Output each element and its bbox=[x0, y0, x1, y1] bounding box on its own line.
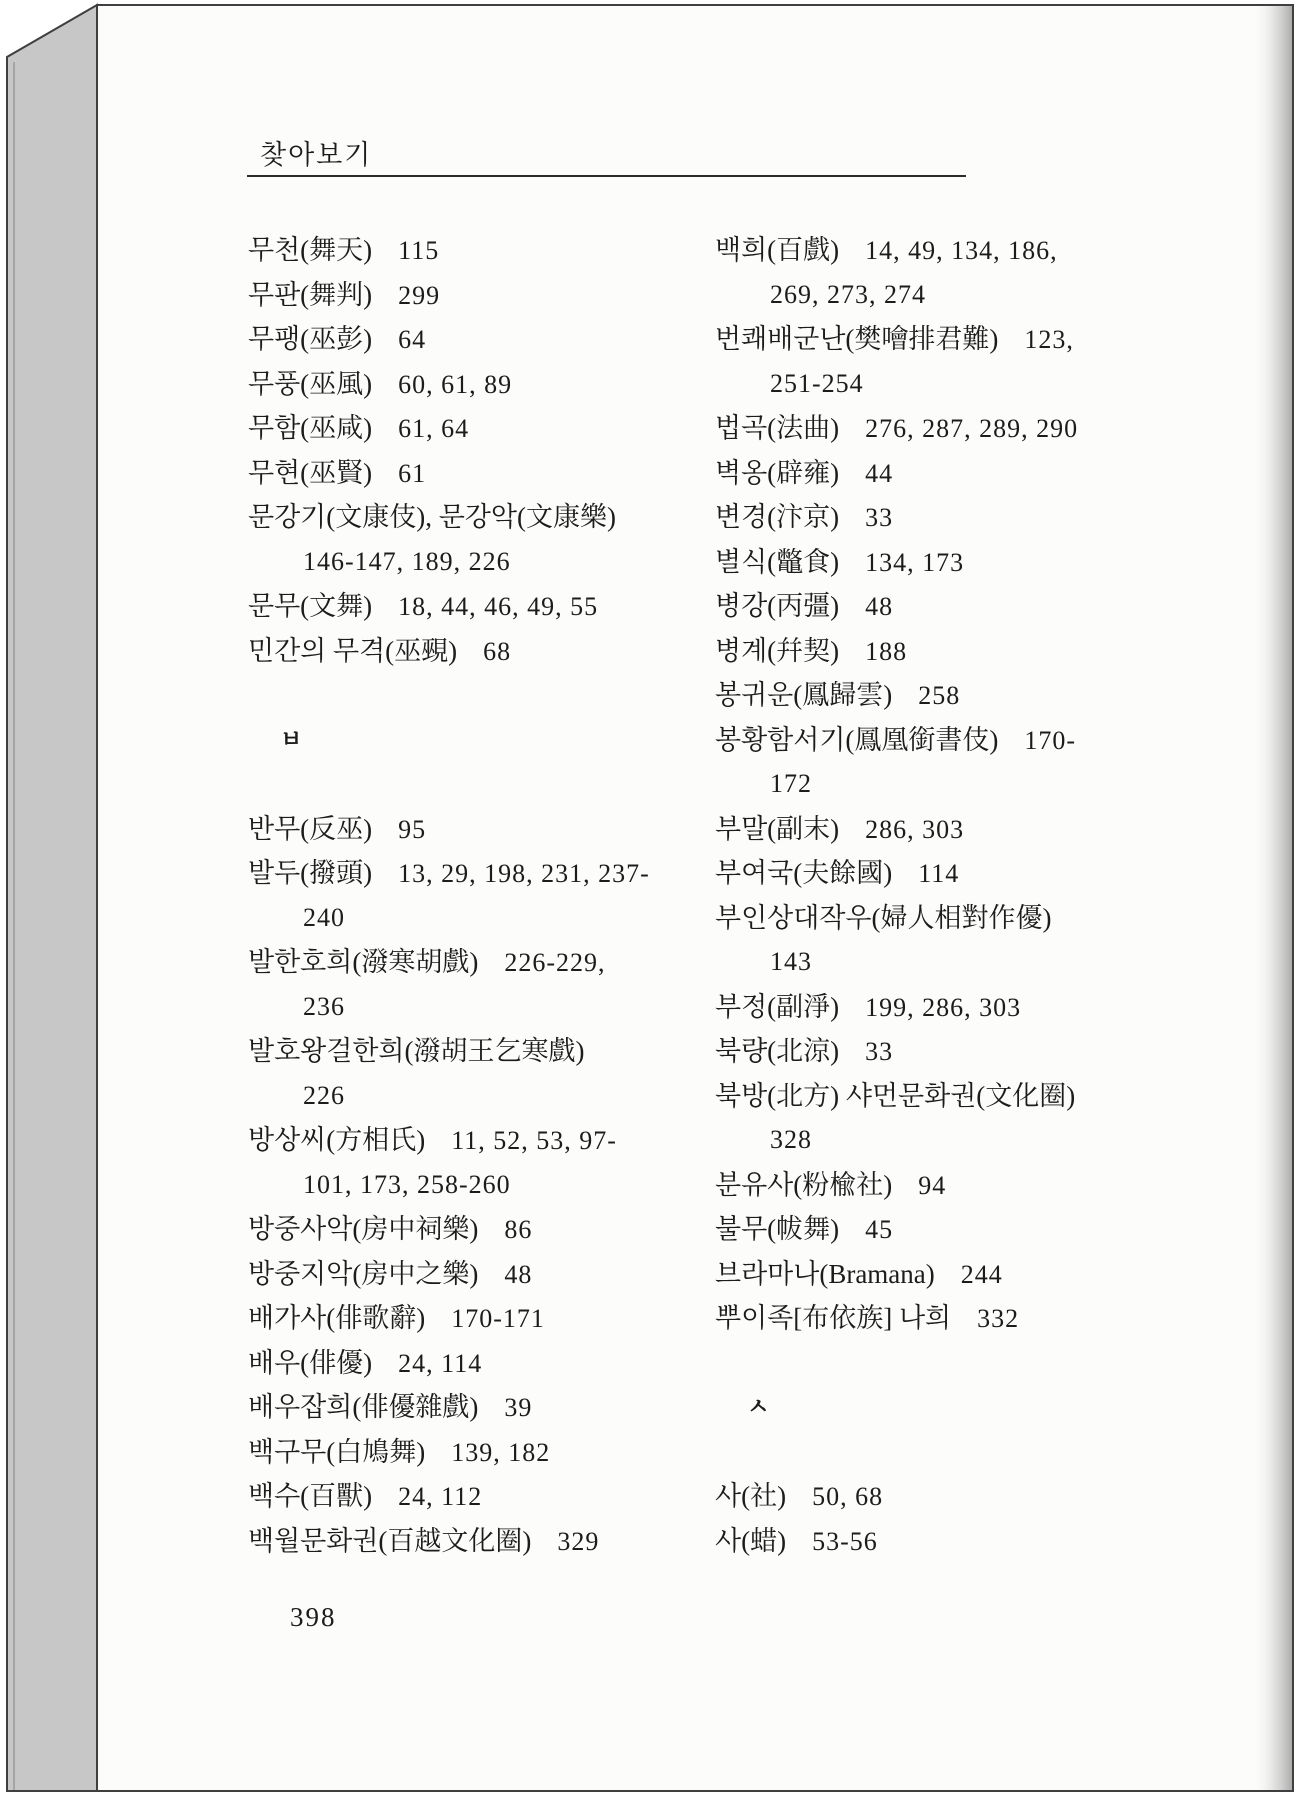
index-continuation-line: 236 bbox=[248, 985, 713, 1030]
entry-page-numbers: 53-56 bbox=[812, 1527, 878, 1556]
index-continuation-line: 172 bbox=[715, 762, 1165, 807]
index-entry-line: 브라마나(Bramana)244 bbox=[715, 1252, 1165, 1297]
index-entry-line: 별식(鼈食)134, 173 bbox=[715, 540, 1165, 585]
entry-page-numbers: 286, 303 bbox=[865, 815, 964, 844]
index-entry-line: 불무(帗舞)45 bbox=[715, 1207, 1165, 1252]
index-entry-line: 민간의 무격(巫覡)68 bbox=[248, 629, 713, 674]
index-section-letter: ㅂ bbox=[248, 718, 713, 763]
entry-term: 무천(舞天) bbox=[248, 235, 372, 265]
entry-term: 변경(汴京) bbox=[715, 502, 839, 532]
page-number: 398 bbox=[290, 1602, 337, 1633]
entry-term: 봉귀운(鳳歸雲) bbox=[715, 680, 892, 710]
entry-term: 병강(丙彊) bbox=[715, 591, 839, 621]
index-entry-line: 북량(北涼)33 bbox=[715, 1029, 1165, 1074]
entry-term: 브라마나(Bramana) bbox=[715, 1259, 935, 1289]
index-continuation-line: 240 bbox=[248, 896, 713, 941]
index-entry-line: 변경(汴京)33 bbox=[715, 495, 1165, 540]
index-entry-line: 배우(俳優)24, 114 bbox=[248, 1341, 713, 1386]
entry-term: 별식(鼈食) bbox=[715, 547, 839, 577]
entry-page-numbers: 269, 273, 274 bbox=[770, 280, 926, 309]
entry-term: 뿌이족[布依族] 나희 bbox=[715, 1303, 951, 1333]
entry-page-numbers: 114 bbox=[918, 859, 959, 888]
entry-page-numbers: 188 bbox=[865, 637, 907, 666]
index-entry-line: 배가사(俳歌辭)170-171 bbox=[248, 1296, 713, 1341]
index-entry-line: 부인상대작우(婦人相對作優) bbox=[715, 896, 1165, 941]
entry-page-numbers: 44 bbox=[865, 459, 893, 488]
entry-term: 발두(撥頭) bbox=[248, 858, 372, 888]
entry-page-numbers: 134, 173 bbox=[865, 548, 964, 577]
entry-term: 무함(巫咸) bbox=[248, 413, 372, 443]
entry-page-numbers: 33 bbox=[865, 503, 893, 532]
entry-page-numbers: 14, 49, 134, 186, bbox=[865, 236, 1058, 265]
index-continuation-line: 269, 273, 274 bbox=[715, 273, 1165, 318]
entry-page-numbers: 332 bbox=[977, 1304, 1019, 1333]
entry-term: 북방(北方) 샤먼문화권(文化圈) bbox=[715, 1081, 1075, 1111]
index-page: 찾아보기 무천(舞天)115무판(舞判)299무팽(巫彭)64무풍(巫風)60,… bbox=[0, 0, 1296, 1806]
entry-page-numbers: 244 bbox=[961, 1260, 1003, 1289]
index-entry-line: 부여국(夫餘國)114 bbox=[715, 851, 1165, 896]
entry-term: 부말(副末) bbox=[715, 814, 839, 844]
entry-page-numbers: 258 bbox=[918, 681, 960, 710]
entry-page-numbers: 226 bbox=[303, 1081, 345, 1110]
index-entry-line: 북방(北方) 샤먼문화권(文化圈) bbox=[715, 1074, 1165, 1119]
entry-page-numbers: 276, 287, 289, 290 bbox=[865, 414, 1078, 443]
entry-term: 백수(百獸) bbox=[248, 1481, 372, 1511]
index-entry-line: 방중지악(房中之樂)48 bbox=[248, 1252, 713, 1297]
index-entry-line: 부정(副淨)199, 286, 303 bbox=[715, 985, 1165, 1030]
index-entry-line: 반무(反巫)95 bbox=[248, 807, 713, 852]
index-entry-line: 무판(舞判)299 bbox=[248, 273, 713, 318]
index-continuation-line: 143 bbox=[715, 940, 1165, 985]
entry-page-numbers: 170- bbox=[1024, 726, 1076, 755]
index-entry-line: 백월문화권(百越文化圈)329 bbox=[248, 1519, 713, 1564]
entry-term: 무현(巫賢) bbox=[248, 458, 372, 488]
entry-page-numbers: 48 bbox=[504, 1260, 532, 1289]
entry-page-numbers: 226-229, bbox=[504, 948, 605, 977]
book-scan: { "page": { "header": "찾아보기", "page_numb… bbox=[0, 0, 1296, 1806]
index-section-letter: ㅅ bbox=[715, 1385, 1165, 1430]
index-entry-line: 봉황함서기(鳳凰銜書伎)170- bbox=[715, 718, 1165, 763]
index-entry-line: 방상씨(方相氏)11, 52, 53, 97- bbox=[248, 1118, 713, 1163]
entry-term: 방중지악(房中之樂) bbox=[248, 1259, 478, 1289]
entry-term: 배우잡희(俳優雜戲) bbox=[248, 1392, 478, 1422]
entry-term: 발한호희(潑寒胡戲) bbox=[248, 947, 478, 977]
entry-page-numbers: 94 bbox=[918, 1171, 946, 1200]
entry-term: 무팽(巫彭) bbox=[248, 324, 372, 354]
entry-term: 무풍(巫風) bbox=[248, 369, 372, 399]
index-entry-line: 병강(丙彊)48 bbox=[715, 584, 1165, 629]
index-entry-line: 무풍(巫風)60, 61, 89 bbox=[248, 362, 713, 407]
entry-term: 벽옹(辟雍) bbox=[715, 458, 839, 488]
entry-page-numbers: 24, 114 bbox=[398, 1349, 482, 1378]
index-blank-line bbox=[715, 1430, 1165, 1475]
entry-page-numbers: 61 bbox=[398, 459, 426, 488]
entry-page-numbers: 299 bbox=[398, 281, 440, 310]
index-entry-line: 발호왕걸한희(潑胡王乞寒戲) bbox=[248, 1029, 713, 1074]
index-entry-line: 백구무(白鳩舞)139, 182 bbox=[248, 1430, 713, 1475]
entry-page-numbers: 48 bbox=[865, 592, 893, 621]
index-entry-line: 배우잡희(俳優雜戲)39 bbox=[248, 1385, 713, 1430]
entry-page-numbers: 11, 52, 53, 97- bbox=[451, 1126, 617, 1155]
index-entry-line: 무팽(巫彭)64 bbox=[248, 317, 713, 362]
entry-term: 병계(幷契) bbox=[715, 636, 839, 666]
index-entry-line: 병계(幷契)188 bbox=[715, 629, 1165, 674]
entry-term: 부인상대작우(婦人相對作優) bbox=[715, 903, 1051, 933]
entry-term: 무판(舞判) bbox=[248, 280, 372, 310]
index-continuation-line: 146-147, 189, 226 bbox=[248, 540, 713, 585]
entry-page-numbers: 61, 64 bbox=[398, 414, 469, 443]
entry-term: 백구무(白鳩舞) bbox=[248, 1437, 425, 1467]
entry-page-numbers: 199, 286, 303 bbox=[865, 993, 1021, 1022]
index-entry-line: 벽옹(辟雍)44 bbox=[715, 451, 1165, 496]
entry-term: 문무(文舞) bbox=[248, 591, 372, 621]
entry-page-numbers: 33 bbox=[865, 1037, 893, 1066]
entry-page-numbers: 45 bbox=[865, 1215, 893, 1244]
entry-term: 민간의 무격(巫覡) bbox=[248, 636, 457, 666]
index-entry-line: 무천(舞天)115 bbox=[248, 228, 713, 273]
entry-page-numbers: 170-171 bbox=[451, 1304, 545, 1333]
entry-page-numbers: 123, bbox=[1024, 325, 1074, 354]
entry-page-numbers: 68 bbox=[483, 637, 511, 666]
index-entry-line: 법곡(法曲)276, 287, 289, 290 bbox=[715, 406, 1165, 451]
entry-page-numbers: 18, 44, 46, 49, 55 bbox=[398, 592, 598, 621]
entry-term: 배우(俳優) bbox=[248, 1348, 372, 1378]
index-blank-line bbox=[715, 1341, 1165, 1386]
entry-page-numbers: 139, 182 bbox=[451, 1438, 550, 1467]
entry-page-numbers: 95 bbox=[398, 815, 426, 844]
entry-page-numbers: 328 bbox=[770, 1125, 812, 1154]
entry-term: 북량(北涼) bbox=[715, 1036, 839, 1066]
entry-page-numbers: 240 bbox=[303, 903, 345, 932]
index-continuation-line: 251-254 bbox=[715, 362, 1165, 407]
index-entry-line: 분유사(粉楡社)94 bbox=[715, 1163, 1165, 1208]
entry-page-numbers: 24, 112 bbox=[398, 1482, 482, 1511]
entry-page-numbers: 146-147, 189, 226 bbox=[303, 547, 511, 576]
index-entry-line: 발한호희(潑寒胡戲)226-229, bbox=[248, 940, 713, 985]
index-entry-line: 사(社)50, 68 bbox=[715, 1474, 1165, 1519]
entry-term: 방중사악(房中祠樂) bbox=[248, 1214, 478, 1244]
entry-page-numbers: 172 bbox=[770, 769, 812, 798]
entry-term: 사(蜡) bbox=[715, 1526, 786, 1556]
entry-term: 분유사(粉楡社) bbox=[715, 1170, 892, 1200]
index-entry-line: 사(蜡)53-56 bbox=[715, 1519, 1165, 1564]
entry-term: 불무(帗舞) bbox=[715, 1214, 839, 1244]
entry-term: 발호왕걸한희(潑胡王乞寒戲) bbox=[248, 1036, 584, 1066]
index-continuation-line: 101, 173, 258-260 bbox=[248, 1163, 713, 1208]
entry-page-numbers: 60, 61, 89 bbox=[398, 370, 512, 399]
entry-page-numbers: 13, 29, 198, 231, 237- bbox=[398, 859, 650, 888]
entry-term: 배가사(俳歌辭) bbox=[248, 1303, 425, 1333]
index-entry-line: 봉귀운(鳳歸雲)258 bbox=[715, 673, 1165, 718]
entry-term: 백희(百戲) bbox=[715, 235, 839, 265]
entry-term: 부정(副淨) bbox=[715, 992, 839, 1022]
index-entry-line: 문강기(文康伎), 문강악(文康樂) bbox=[248, 495, 713, 540]
entry-page-numbers: 39 bbox=[504, 1393, 532, 1422]
entry-term: 사(社) bbox=[715, 1481, 786, 1511]
entry-term: 백월문화권(百越文化圈) bbox=[248, 1526, 531, 1556]
index-continuation-line: 226 bbox=[248, 1074, 713, 1119]
entry-term: 법곡(法曲) bbox=[715, 413, 839, 443]
index-entry-line: 백수(百獸)24, 112 bbox=[248, 1474, 713, 1519]
section-letter: ㅅ bbox=[747, 1394, 769, 1419]
entry-term: 부여국(夫餘國) bbox=[715, 858, 892, 888]
entry-term: 반무(反巫) bbox=[248, 814, 372, 844]
index-blank-line bbox=[248, 762, 713, 807]
index-column-right: 백희(百戲)14, 49, 134, 186,269, 273, 274번쾌배군… bbox=[715, 228, 1165, 1563]
index-entry-line: 방중사악(房中祠樂)86 bbox=[248, 1207, 713, 1252]
entry-term: 방상씨(方相氏) bbox=[248, 1125, 425, 1155]
entry-page-numbers: 329 bbox=[557, 1527, 599, 1556]
entry-page-numbers: 236 bbox=[303, 992, 345, 1021]
index-entry-line: 발두(撥頭)13, 29, 198, 231, 237- bbox=[248, 851, 713, 896]
entry-page-numbers: 64 bbox=[398, 325, 426, 354]
index-entry-line: 뿌이족[布依族] 나희332 bbox=[715, 1296, 1165, 1341]
index-blank-line bbox=[248, 673, 713, 718]
index-entry-line: 무현(巫賢)61 bbox=[248, 451, 713, 496]
index-entry-line: 무함(巫咸)61, 64 bbox=[248, 406, 713, 451]
entry-term: 문강기(文康伎), 문강악(文康樂) bbox=[248, 502, 616, 532]
entry-page-numbers: 143 bbox=[770, 947, 812, 976]
index-entry-line: 백희(百戲)14, 49, 134, 186, bbox=[715, 228, 1165, 273]
index-column-left: 무천(舞天)115무판(舞判)299무팽(巫彭)64무풍(巫風)60, 61, … bbox=[248, 228, 713, 1563]
entry-page-numbers: 251-254 bbox=[770, 369, 864, 398]
entry-page-numbers: 101, 173, 258-260 bbox=[303, 1170, 511, 1199]
entry-page-numbers: 86 bbox=[504, 1215, 532, 1244]
index-continuation-line: 328 bbox=[715, 1118, 1165, 1163]
entry-page-numbers: 50, 68 bbox=[812, 1482, 883, 1511]
entry-term: 봉황함서기(鳳凰銜書伎) bbox=[715, 725, 998, 755]
section-letter: ㅂ bbox=[280, 727, 302, 752]
header-rule bbox=[247, 175, 966, 177]
entry-term: 번쾌배군난(樊噲排君難) bbox=[715, 324, 998, 354]
index-entry-line: 문무(文舞)18, 44, 46, 49, 55 bbox=[248, 584, 713, 629]
index-entry-line: 번쾌배군난(樊噲排君難)123, bbox=[715, 317, 1165, 362]
entry-page-numbers: 115 bbox=[398, 236, 439, 265]
page-title: 찾아보기 bbox=[260, 133, 372, 172]
index-entry-line: 부말(副末)286, 303 bbox=[715, 807, 1165, 852]
